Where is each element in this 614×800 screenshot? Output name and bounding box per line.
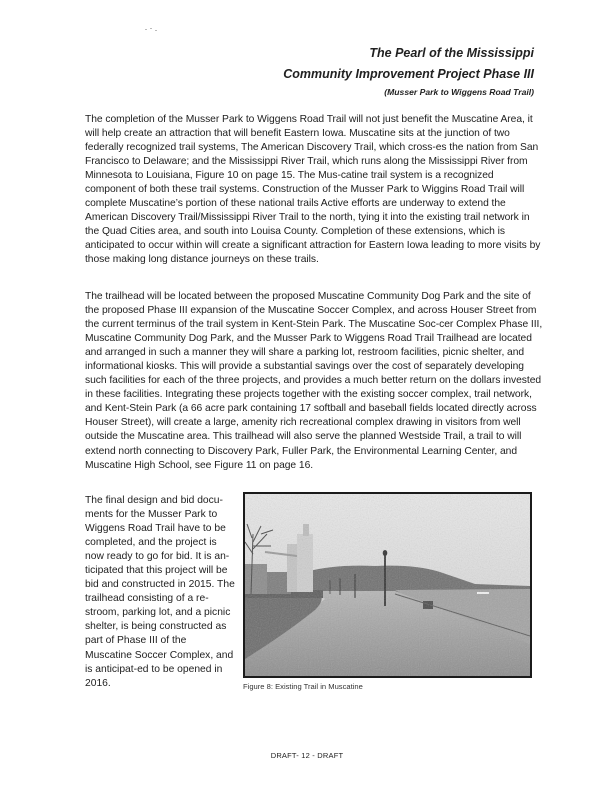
document-title: The Pearl of the Mississippi	[283, 44, 534, 62]
paragraph-trailhead-location: The trailhead will be located between th…	[85, 290, 545, 473]
section-label: (Musser Park to Wiggens Road Trail)	[283, 86, 534, 98]
trail-photo	[243, 492, 532, 678]
document-header: The Pearl of the Mississippi Community I…	[283, 44, 534, 98]
paragraph-trail-benefits: The completion of the Musser Park to Wig…	[85, 113, 545, 268]
figure-caption: Figure 8: Existing Trail in Muscatine	[243, 682, 363, 692]
document-subtitle: Community Improvement Project Phase III	[283, 65, 534, 83]
paragraph-bid-schedule: The final design and bid docu-ments for …	[85, 494, 235, 691]
page-footer: DRAFT- 12 - DRAFT	[0, 751, 614, 760]
trail-photo-image	[245, 494, 530, 676]
document-page: The Pearl of the Mississippi Community I…	[0, 0, 614, 800]
scan-artifact	[145, 28, 161, 31]
